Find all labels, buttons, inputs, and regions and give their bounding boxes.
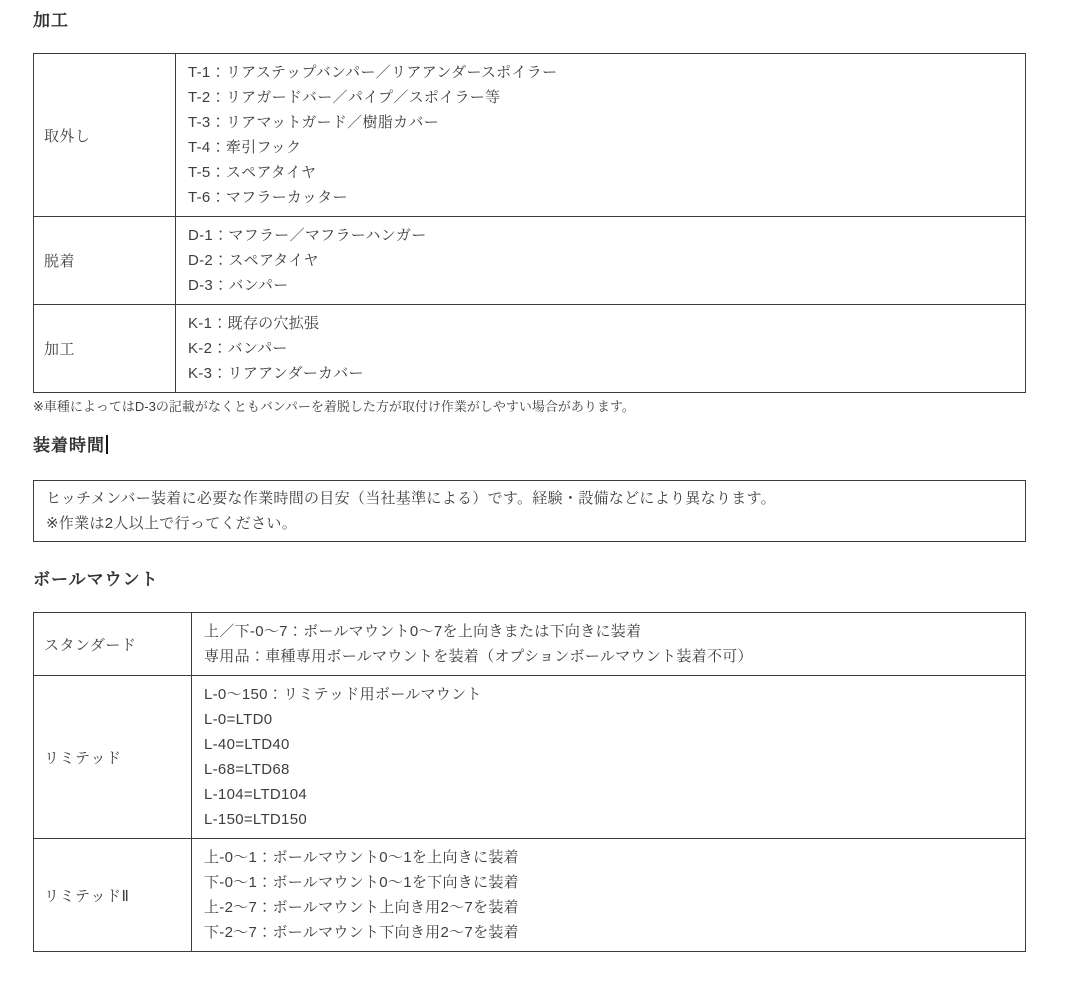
cell-line: T-3：リアマットガード／樹脂カバー: [188, 110, 1013, 135]
table-row-removal: 取外し T-1：リアステップバンパー／リアアンダースポイラー T-2：リアガード…: [34, 54, 1026, 217]
processing-table: 取外し T-1：リアステップバンパー／リアアンダースポイラー T-2：リアガード…: [33, 53, 1026, 393]
row-label: リミテッドⅡ: [34, 839, 192, 952]
document-editor[interactable]: 加工 取外し T-1：リアステップバンパー／リアアンダースポイラー T-2：リア…: [0, 0, 1067, 982]
row-content: 上-0～1：ボールマウント0～1を上向きに装着 下-0～1：ボールマウント0～1…: [192, 839, 1026, 952]
cell-line: K-3：リアアンダーカバー: [188, 361, 1013, 386]
cell-line: 下-2～7：ボールマウント下向き用2～7を装着: [204, 920, 1013, 945]
table-row-detach: 脱着 D-1：マフラー／マフラーハンガー D-2：スペアタイヤ D-3：バンパー: [34, 217, 1026, 305]
ball-mount-table: スタンダード 上／下-0～7：ボールマウント0～7を上向きまたは下向きに装着 専…: [33, 612, 1026, 952]
info-line: ヒッチメンバー装着に必要な作業時間の目安（当社基準による）です。経験・設備などに…: [46, 486, 1013, 511]
cell-line: T-1：リアステップバンパー／リアアンダースポイラー: [188, 60, 1013, 85]
row-content: L-0～150：リミテッド用ボールマウント L-0=LTD0 L-40=LTD4…: [192, 676, 1026, 839]
cell-line: T-5：スペアタイヤ: [188, 160, 1013, 185]
footnote: ※車種によってはD-3の記載がなくともバンパーを着脱した方が取付け作業がしやすい…: [33, 399, 1026, 415]
cell-line: D-3：バンパー: [188, 273, 1013, 298]
cell-line: L-0～150：リミテッド用ボールマウント: [204, 682, 1013, 707]
table-row-standard: スタンダード 上／下-0～7：ボールマウント0～7を上向きまたは下向きに装着 専…: [34, 613, 1026, 676]
row-label: リミテッド: [34, 676, 192, 839]
cell-line: L-0=LTD0: [204, 707, 1013, 732]
cell-line: K-1：既存の穴拡張: [188, 311, 1013, 336]
row-content: 上／下-0～7：ボールマウント0～7を上向きまたは下向きに装着 専用品：車種専用…: [192, 613, 1026, 676]
cell-line: T-4：牽引フック: [188, 135, 1013, 160]
row-label: 脱着: [34, 217, 176, 305]
row-label: スタンダード: [34, 613, 192, 676]
cell-line: T-6：マフラーカッター: [188, 185, 1013, 210]
info-line: ※作業は2人以上で行ってください。: [46, 511, 1013, 536]
cell-line: K-2：バンパー: [188, 336, 1013, 361]
row-label: 加工: [34, 305, 176, 393]
section-heading-installation-time: 装着時間: [33, 435, 1026, 457]
cell-line: L-68=LTD68: [204, 757, 1013, 782]
row-content: T-1：リアステップバンパー／リアアンダースポイラー T-2：リアガードバー／パ…: [176, 54, 1026, 217]
cell-line: 専用品：車種専用ボールマウントを装着（オプションボールマウント装着不可）: [204, 644, 1013, 669]
cell-line: L-104=LTD104: [204, 782, 1013, 807]
cell-line: 下-0～1：ボールマウント0～1を下向きに装着: [204, 870, 1013, 895]
table-row-limited-2: リミテッドⅡ 上-0～1：ボールマウント0～1を上向きに装着 下-0～1：ボール…: [34, 839, 1026, 952]
installation-time-box: ヒッチメンバー装着に必要な作業時間の目安（当社基準による）です。経験・設備などに…: [33, 480, 1026, 542]
section-heading-processing: 加工: [33, 10, 1026, 32]
row-label: 取外し: [34, 54, 176, 217]
cell-line: 上／下-0～7：ボールマウント0～7を上向きまたは下向きに装着: [204, 619, 1013, 644]
cell-line: 上-2～7：ボールマウント上向き用2～7を装着: [204, 895, 1013, 920]
table-row-limited: リミテッド L-0～150：リミテッド用ボールマウント L-0=LTD0 L-4…: [34, 676, 1026, 839]
section-heading-ball-mount: ボールマウント: [33, 569, 1026, 591]
cell-line: D-2：スペアタイヤ: [188, 248, 1013, 273]
cell-line: T-2：リアガードバー／パイプ／スポイラー等: [188, 85, 1013, 110]
cell-line: L-40=LTD40: [204, 732, 1013, 757]
cell-line: D-1：マフラー／マフラーハンガー: [188, 223, 1013, 248]
section-heading-text: 装着時間: [33, 436, 105, 455]
cell-line: L-150=LTD150: [204, 807, 1013, 832]
cell-line: 上-0～1：ボールマウント0～1を上向きに装着: [204, 845, 1013, 870]
row-content: K-1：既存の穴拡張 K-2：バンパー K-3：リアアンダーカバー: [176, 305, 1026, 393]
row-content: D-1：マフラー／マフラーハンガー D-2：スペアタイヤ D-3：バンパー: [176, 217, 1026, 305]
text-cursor: [106, 435, 108, 454]
table-row-machining: 加工 K-1：既存の穴拡張 K-2：バンパー K-3：リアアンダーカバー: [34, 305, 1026, 393]
